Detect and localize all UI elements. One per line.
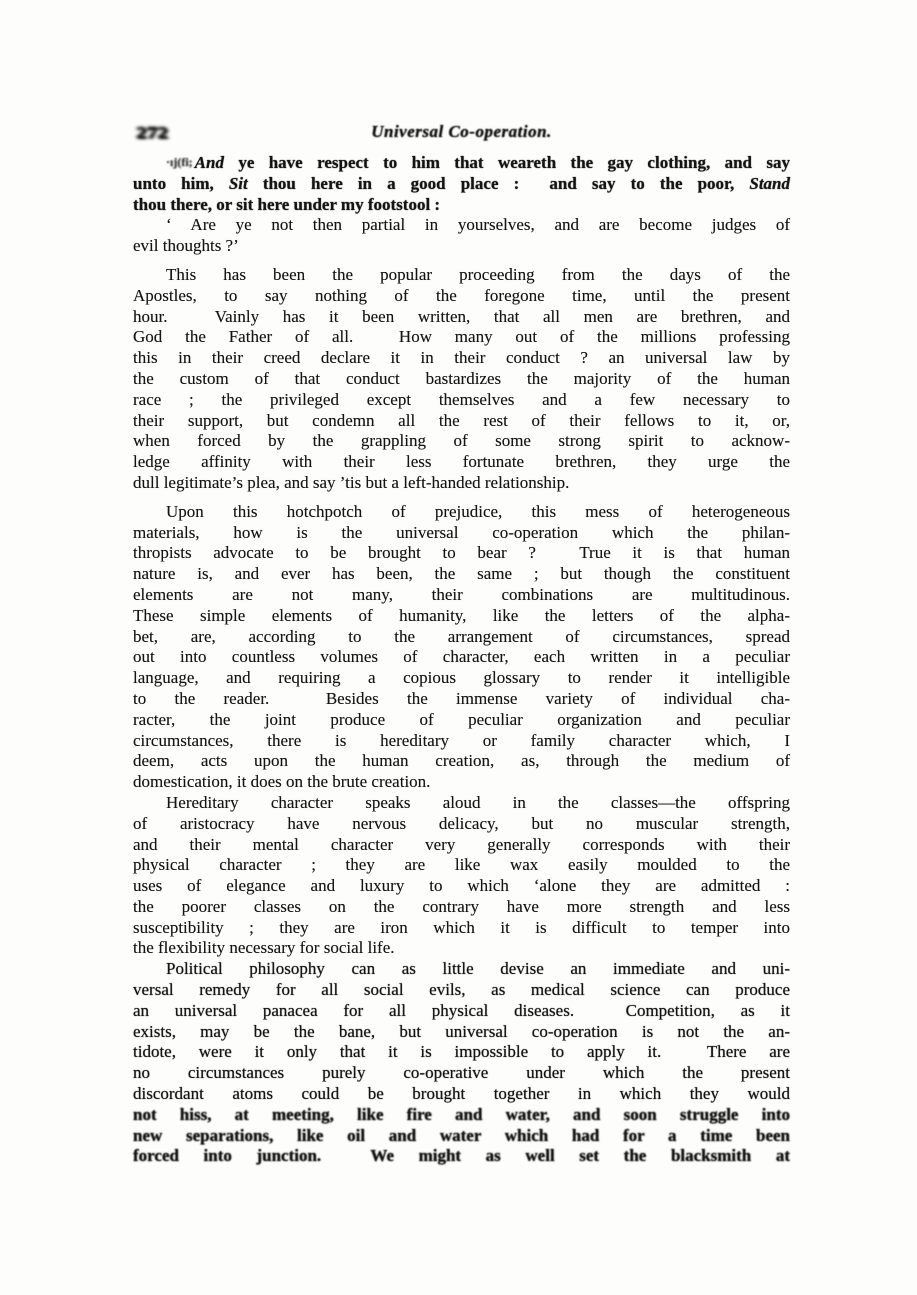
text-line: forced into junction. We might as well s… [133,1146,790,1167]
text-line: Political philosophy can as little devis… [133,959,790,980]
page-body: ·ıj(fi;And ye have respect to him that w… [133,152,790,1167]
text-line: language, and requiring a copious glossa… [133,668,790,689]
paragraph-hereditary-character: Hereditary character speaks aloud in the… [133,793,790,959]
text-line: ledge affinity with their less fortunate… [133,452,790,473]
text-line: Upon this hotchpotch of prejudice, this … [133,502,790,523]
book-page: 272 Universal Co-operation. ·ıj(fi;And y… [0,0,917,1295]
text-line: race ; the privileged except themselves … [133,390,790,411]
text-line: deem, acts upon the human creation, as, … [133,751,790,772]
text-line: the custom of that conduct bastardizes t… [133,369,790,390]
text-line: nature is, and ever has been, the same ;… [133,564,790,585]
text-line: exists, may be the bane, but universal c… [133,1022,790,1043]
paragraph-popular-proceeding: This has been the popular proceeding fro… [133,265,790,494]
text-line: versal remedy for all social evils, as m… [133,980,790,1001]
text-line: susceptibility ; they are iron which it … [133,918,790,939]
text-line: new separations, like oil and water whic… [133,1126,790,1147]
text-line: bet, are, according to the arrangement o… [133,627,790,648]
text-line: no circumstances purely co-operative und… [133,1063,790,1084]
text-line: and their mental character very generall… [133,835,790,856]
text-line: thropists advocate to be brought to bear… [133,543,790,564]
text-line: their support, but condemn all the rest … [133,411,790,432]
text-line: physical character ; they are like wax e… [133,855,790,876]
text-line: These simple elements of humanity, like … [133,606,790,627]
text-line: materials, how is the universal co-opera… [133,523,790,544]
ink-smudge-artifact: ·ıj(fi; [166,152,195,173]
text-line: the poorer classes on the contrary have … [133,897,790,918]
text-line: racter, the joint produce of peculiar or… [133,710,790,731]
text-line: not hiss, at meeting, like fire and wate… [133,1105,790,1126]
text-line: dull legitimate’s plea, and say ’tis but… [133,473,790,494]
paragraph-political-philosophy: Political philosophy can as little devis… [133,959,790,1167]
text-line: Apostles, to say nothing of the foregone… [133,286,790,307]
paragraph-hotchpotch: Upon this hotchpotch of prejudice, this … [133,502,790,793]
text-line: unto him, Sit thou here in a good place … [133,174,790,195]
text-line: tidote, were it only that it is impossib… [133,1042,790,1063]
scripture-quote: ·ıj(fi;And ye have respect to him that w… [133,152,790,215]
text-line: uses of elegance and luxury to which ‘al… [133,876,790,897]
text-line: evil thoughts ?’ [133,236,790,257]
text-line: elements are not many, their combination… [133,585,790,606]
text-line: This has been the popular proceeding fro… [133,265,790,286]
text-line: domestication, it does on the brute crea… [133,772,790,793]
text-line: of aristocracy have nervous delicacy, bu… [133,814,790,835]
text-line: out into countless volumes of character,… [133,647,790,668]
text-line: ·ıj(fi;And ye have respect to him that w… [133,152,790,174]
running-title: Universal Co-operation. [133,122,790,142]
text-line: an universal panacea for all physical di… [133,1001,790,1022]
text-line: ‘ Are ye not then partial in yourselves,… [133,215,790,236]
text-line: thou there, or sit here under my footsto… [133,195,790,216]
text-line: discordant atoms could be brought togeth… [133,1084,790,1105]
text-line: hour. Vainly has it been written, that a… [133,307,790,328]
text-line: to the reader. Besides the immense varie… [133,689,790,710]
text-line: when forced by the grappling of some str… [133,431,790,452]
text-line: Hereditary character speaks aloud in the… [133,793,790,814]
text-line: the flexibility necessary for social lif… [133,938,790,959]
text-line: this in their creed declare it in their … [133,348,790,369]
page-header: 272 Universal Co-operation. [133,122,790,146]
text-line: God the Father of all. How many out of t… [133,327,790,348]
scripture-quote-2: ‘ Are ye not then partial in yourselves,… [133,215,790,257]
text-line: circumstances, there is hereditary or fa… [133,731,790,752]
